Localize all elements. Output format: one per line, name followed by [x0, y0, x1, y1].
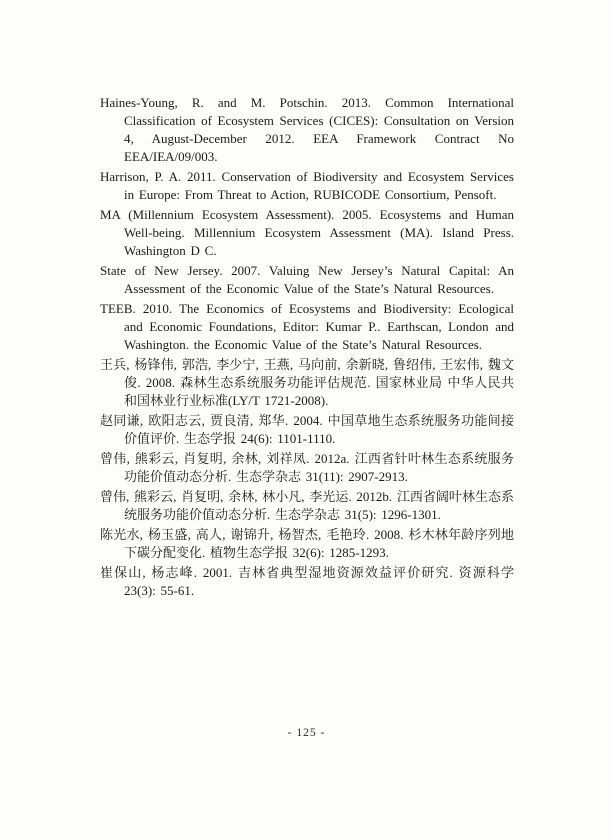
- reference-entry: Harrison, P. A. 2011. Conservation of Bi…: [100, 168, 514, 204]
- paper-page: Haines-Young, R. and M. Potschin. 2013. …: [0, 0, 613, 840]
- reference-entry: 陈光水, 杨玉盛, 高人, 谢锦升, 杨智杰, 毛艳玲. 2008. 杉木林年龄…: [100, 526, 514, 562]
- reference-entry: 曾伟, 熊彩云, 肖复明, 余林, 刘祥凤. 2012a. 江西省针叶林生态系统…: [100, 450, 514, 486]
- reference-entry: 赵同谦, 欧阳志云, 贾良清, 郑华. 2004. 中国草地生态系统服务功能间接…: [100, 412, 514, 448]
- reference-entry: TEEB. 2010. The Economics of Ecosystems …: [100, 300, 514, 354]
- reference-entry: 曾伟, 熊彩云, 肖复明, 余林, 林小凡, 李光运. 2012b. 江西省阔叶…: [100, 488, 514, 524]
- reference-entry: State of New Jersey. 2007. Valuing New J…: [100, 262, 514, 298]
- reference-entry: 崔保山, 杨志峰. 2001. 吉林省典型湿地资源效益评价研究. 资源科学 23…: [100, 564, 514, 600]
- reference-entry: Haines-Young, R. and M. Potschin. 2013. …: [100, 94, 514, 166]
- references-list: Haines-Young, R. and M. Potschin. 2013. …: [100, 94, 514, 602]
- reference-entry: MA (Millennium Ecosystem Assessment). 20…: [100, 206, 514, 260]
- page-number: - 125 -: [0, 726, 613, 740]
- reference-entry: 王兵, 杨锋伟, 郭浩, 李少宁, 王燕, 马向前, 余新晓, 鲁绍伟, 王宏伟…: [100, 356, 514, 410]
